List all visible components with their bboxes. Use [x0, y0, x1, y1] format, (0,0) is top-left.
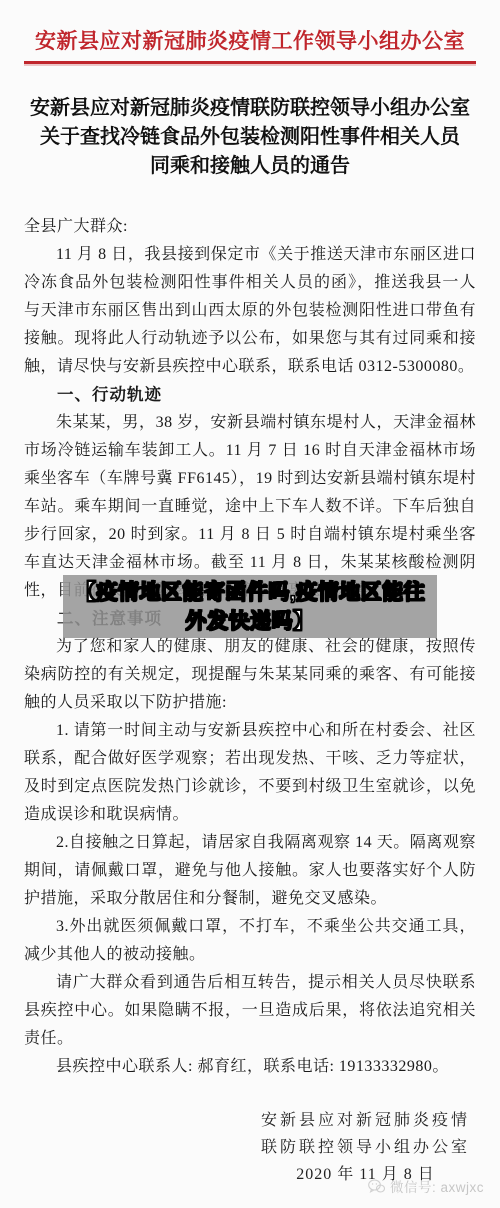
section-heading-trajectory: 一、行动轨迹	[24, 381, 476, 409]
document-title-line-2: 关于查找冷链食品外包装检测阳性事件相关人员	[24, 123, 476, 152]
precautions-intro-paragraph: 为了您和家人的健康、朋友的健康、社会的健康，按照传染病防控的有关规定，现提醒与朱…	[24, 633, 476, 717]
caption-overlay: 【疫情地区能寄函件吗,疫情地区能往 外发快递吗】	[63, 575, 437, 638]
signature-org-line-1: 安新县应对新冠肺炎疫情	[261, 1107, 470, 1134]
document-title-line-3: 同乘和接触人员的通告	[24, 152, 476, 181]
watermark: 微信号: axwjxc	[368, 1176, 484, 1196]
salutation: 全县广大群众:	[24, 213, 476, 241]
contact-line: 县疾控中心联系人: 郝育红，联系电话: 19133332980。	[24, 1053, 476, 1081]
masthead-org-title: 安新县应对新冠肺炎疫情工作领导小组办公室	[24, 26, 476, 64]
precaution-item-2: 2.自接触之日算起，请居家自我隔离观察 14 天。隔离观察期间，请佩戴口罩，避免…	[24, 829, 476, 913]
closing-paragraph: 请广大群众看到通告后相互转告，提示相关人员尽快联系县疾控中心。如果隐瞒不报，一旦…	[24, 969, 476, 1053]
document-title-line-1: 安新县应对新冠肺炎疫情联防联控领导小组办公室	[24, 94, 476, 123]
notice-document: 安新县应对新冠肺炎疫情工作领导小组办公室 安新县应对新冠肺炎疫情联防联控领导小组…	[0, 0, 500, 1208]
wechat-icon	[368, 1179, 385, 1194]
signature-org-line-2: 联防联控领导小组办公室	[261, 1134, 470, 1161]
document-title: 安新县应对新冠肺炎疫情联防联控领导小组办公室 关于查找冷链食品外包装检测阳性事件…	[24, 94, 476, 181]
watermark-label: 微信号: axwjxc	[390, 1176, 484, 1196]
caption-line-1: 【疫情地区能寄函件吗,疫情地区能往	[75, 578, 425, 607]
intro-paragraph: 11 月 8 日，我县接到保定市《关于推送天津市东丽区进口冷冻食品外包装检测阳性…	[24, 241, 476, 381]
caption-line-2: 外发快递吗】	[186, 607, 315, 636]
precaution-item-1: 1. 请第一时间主动与安新县疾控中心和所在村委会、社区联系，配合做好医学观察；若…	[24, 717, 476, 829]
precaution-item-3: 3.外出就医须佩戴口罩，不打车，不乘坐公共交通工具，减少其他人的被动接触。	[24, 913, 476, 969]
document-body: 全县广大群众: 11 月 8 日，我县接到保定市《关于推送天津市东丽区进口冷冻食…	[24, 213, 476, 1081]
